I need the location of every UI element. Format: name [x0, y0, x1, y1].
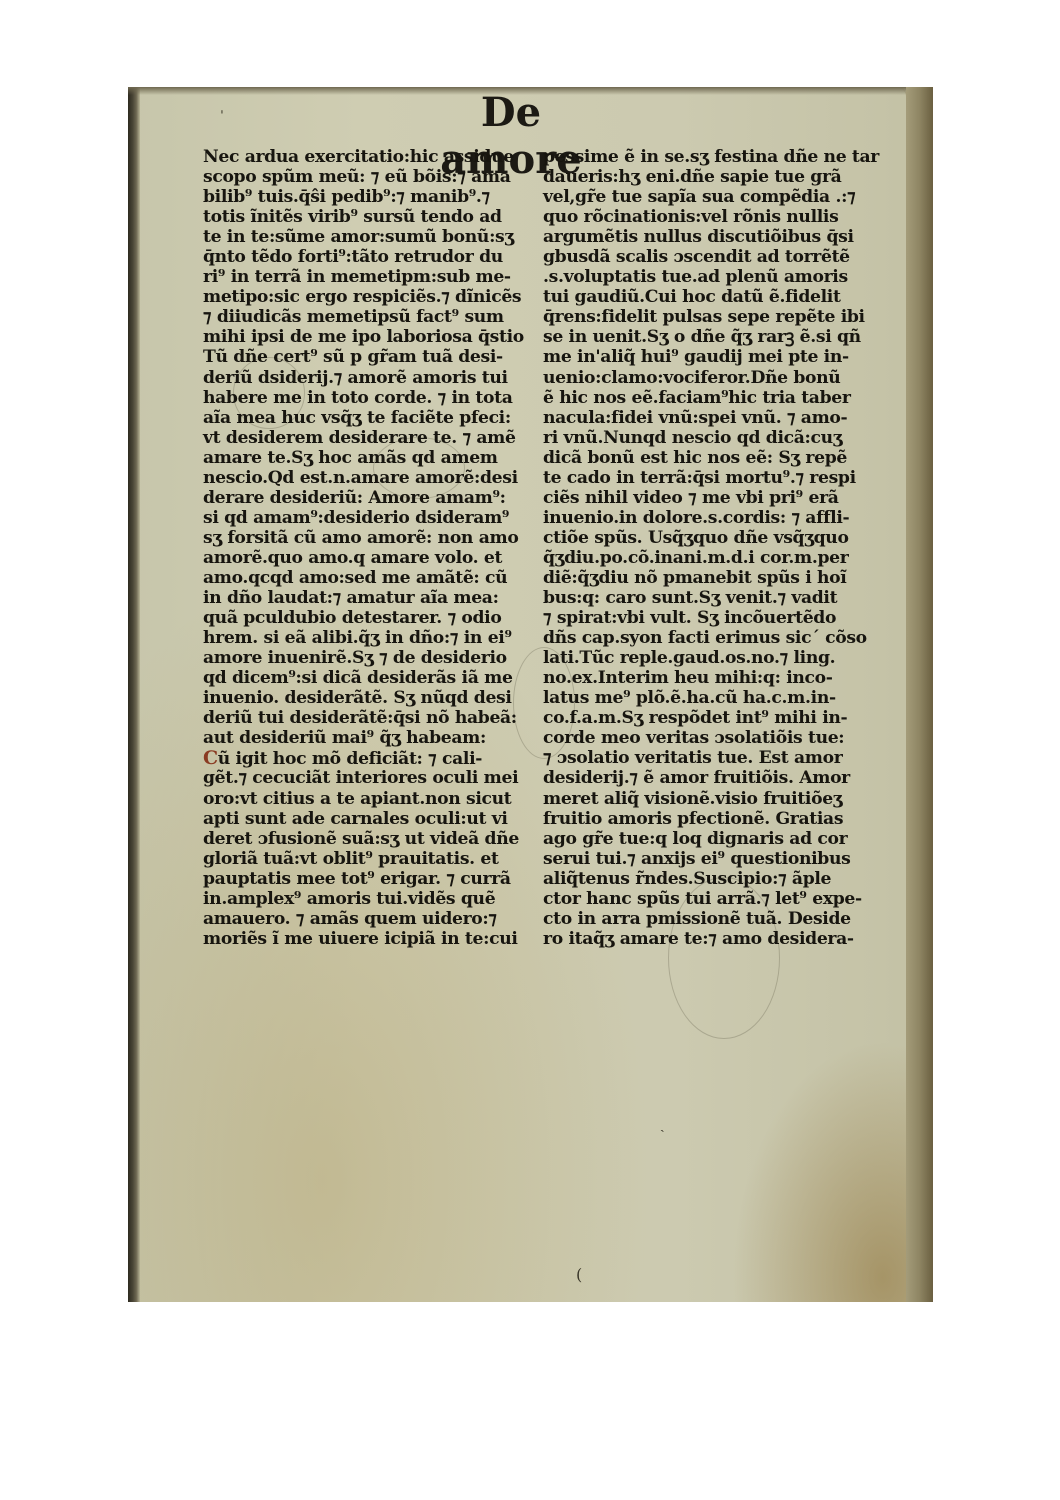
text-line: in.amplex⁹ amoris tui.vidẽs quẽ	[203, 889, 538, 909]
text-line: amauero. ⁊ amãs quem uidero:⁊	[203, 909, 538, 929]
text-line: ẽ hic nos eẽ.faciam⁹hic tria taber	[543, 388, 863, 408]
text-line: hrem. si eã alibi.q̃ʒ in dño:⁊ in ei⁹	[203, 628, 538, 648]
text-line: co.f.a.m.Sʒ respõdet int⁹ mihi in-	[543, 708, 863, 728]
text-line: Nec ardua exercitatio:hic assidue	[203, 147, 538, 167]
text-line: quã pculdubio detestarer. ⁊ odio	[203, 608, 538, 628]
stray-ink-mark: (	[576, 1265, 582, 1284]
text-line: ri vnũ.Nunqd nescio qd dicã:cuʒ	[543, 428, 863, 448]
text-line: metipo:sic ergo respiciẽs.⁊ dĩnicẽs	[203, 287, 538, 307]
text-line: me in'aliq̃ hui⁹ gaudij mei pte in-	[543, 347, 863, 367]
text-line: se in uenit.Sʒ o dñe q̃ʒ rarꝫ ẽ.si qñ	[543, 327, 863, 347]
text-line: nescio.Qd est.n.amare amorẽ:desi	[203, 468, 538, 488]
stray-ink-mark: ˈ	[220, 109, 224, 125]
text-line: cto in arra pmissionẽ tuã. Deside	[543, 909, 863, 929]
text-line: fruitio amoris pfectionẽ. Gratias	[543, 809, 863, 829]
page-scan: De amore ˈ Nec ardua exercitatio:hic ass…	[128, 87, 933, 1302]
binding-edge	[128, 87, 140, 1302]
rubricated-initial: C	[203, 747, 218, 769]
text-line: dñs cap.syon facti erimus sicˊ cõso	[543, 628, 863, 648]
text-line: daueris:hʒ eni.dñe sapie tue grã	[543, 167, 863, 187]
text-line: nacula:fidei vnũ:spei vnũ. ⁊ amo-	[543, 408, 863, 428]
text-line: aliq̃tenus r̃ndes.Suscipio:⁊ ãple	[543, 869, 863, 889]
text-line: pessime ẽ in se.sʒ festina dñe ne tar	[543, 147, 863, 167]
text-line: sʒ forsitã cũ amo amorẽ: non amo	[203, 528, 538, 548]
text-line: derare desideriũ: Amore amam⁹:	[203, 488, 538, 508]
text-line: q̃ʒdiu.po.cõ.inani.m.d.i cor.m.per	[543, 548, 863, 568]
text-line: ctiõe spũs. Usq̃ʒquo dñe vsq̃ʒquo	[543, 528, 863, 548]
text-line: vel,gr̃e tue sapĩa sua compẽdia .:⁊	[543, 187, 863, 207]
stray-ink-mark: ˏ	[660, 1117, 665, 1134]
text-line-rubricated: Cũ igit hoc mõ deficiãt: ⁊ cali-	[203, 748, 538, 768]
text-line: amorẽ.quo amo.q amare volo. et	[203, 548, 538, 568]
text-line: in dño laudat:⁊ amatur aĩa mea:	[203, 588, 538, 608]
text-line: bilib⁹ tuis.q̄ŝi pedib⁹:⁊ manib⁹.⁊	[203, 187, 538, 207]
text-line: ri⁹ in terrã in memetipm:sub me-	[203, 267, 538, 287]
text-line: dicã bonũ est hic nos eẽ: Sʒ repẽ	[543, 448, 863, 468]
text-column-left: Nec ardua exercitatio:hic assidue scopo …	[203, 147, 538, 949]
text-line: argumẽtis nullus discutiõibus q̄si	[543, 227, 863, 247]
text-line: tui gaudiũ.Cui hoc datũ ẽ.fidelit	[543, 287, 863, 307]
text-line: moriẽs ĩ me uiuere icipiã in te:cui	[203, 929, 538, 949]
text-line: oro:vt citius a te apiant.non sicut	[203, 789, 538, 809]
text-line: .s.voluptatis tue.ad plenũ amoris	[543, 267, 863, 287]
text-line: uenio:clamo:vociferor.Dñe bonũ	[543, 368, 863, 388]
text-line: Tũ dñe cert⁹ sũ p gr̃am tuã desi-	[203, 347, 538, 367]
text-line: latus me⁹ plõ.ẽ.ha.cũ ha.c.m.in-	[543, 688, 863, 708]
text-line: inuenio.in dolore.s.cordis: ⁊ affli-	[543, 508, 863, 528]
text-line: gbusdã scalis ɔscendit ad torrẽtẽ	[543, 247, 863, 267]
text-line: q̄nto tẽdo forti⁹:tãto retrudor du	[203, 247, 538, 267]
text-line: serui tui.⁊ anxijs ei⁹ questionibus	[543, 849, 863, 869]
text-line: ctor hanc spũs tui arrã.⁊ let⁹ expe-	[543, 889, 863, 909]
text-line: si qd amam⁹:desiderio dsideram⁹	[203, 508, 538, 528]
text-column-right: pessime ẽ in se.sʒ festina dñe ne tar da…	[543, 147, 863, 949]
text-line: quo rõcinationis:vel rõnis nullis	[543, 207, 863, 227]
text-line: ⁊ ɔsolatio veritatis tue. Est amor	[543, 748, 863, 768]
text-line: ciẽs nihil video ⁊ me vbi pri⁹ erã	[543, 488, 863, 508]
text-line: deriũ tui desiderãtẽ:q̄si nõ habeã:	[203, 708, 538, 728]
text-line: lati.Tũc reple.gaud.os.no.⁊ ling.	[543, 648, 863, 668]
text-line: aut desideriũ mai⁹ q̃ʒ habeam:	[203, 728, 538, 748]
text-line: habere me in toto corde. ⁊ in tota	[203, 388, 538, 408]
text-line: inuenio. desiderãtẽ. Sʒ nũqd desi	[203, 688, 538, 708]
text-line: mihi ipsi de me ipo laboriosa q̄stio	[203, 327, 538, 347]
text-line: no.ex.Interim heu mihi:q: inco-	[543, 668, 863, 688]
text-line: q̄rens:fidelit pulsas sepe repẽte ibi	[543, 307, 863, 327]
text-line: aĩa mea huc vsq̃ʒ te faciẽte pfeci:	[203, 408, 538, 428]
text-line: amore inuenirẽ.Sʒ ⁊ de desiderio	[203, 648, 538, 668]
text-line: deriũ dsiderij.⁊ amorẽ amoris tui	[203, 368, 538, 388]
text-line: corde meo veritas ɔsolatiõis tue:	[543, 728, 863, 748]
text-line: meret aliq̃ visionẽ.visio fruitiõeʒ	[543, 789, 863, 809]
text-line: ⁊ spirat:vbi vult. Sʒ incõuertẽdo	[543, 608, 863, 628]
text-line: vt desiderem desiderare te. ⁊ amẽ	[203, 428, 538, 448]
text-line: deret ɔfusionẽ suã:sʒ ut videã dñe	[203, 829, 538, 849]
text-line: gloriã tuã:vt oblit⁹ prauitatis. et	[203, 849, 538, 869]
text-line: amo.qcqd amo:sed me amãtẽ: cũ	[203, 568, 538, 588]
text-line: apti sunt ade carnales oculi:ut vi	[203, 809, 538, 829]
text-line: gẽt.⁊ cecuciãt interiores oculi mei	[203, 768, 538, 788]
text-line: ⁊ diiudicãs memetipsũ fact⁹ sum	[203, 307, 538, 327]
text-line: amare te.Sʒ hoc amãs qd amem	[203, 448, 538, 468]
text-line: scopo spũm meũ: ⁊ eũ bõis:⁊ ama	[203, 167, 538, 187]
text-line: te in te:sũme amor:sumũ bonũ:sʒ	[203, 227, 538, 247]
text-line: diẽ:q̃ʒdiu nõ pmanebit spũs i hoĩ	[543, 568, 863, 588]
text-line: te cado in terrã:q̄si mortu⁹.⁊ respi	[543, 468, 863, 488]
text-line: totis ĩnitẽs virib⁹ sursũ tendo ad	[203, 207, 538, 227]
text-line: pauptatis mee tot⁹ erigar. ⁊ currã	[203, 869, 538, 889]
text-line: ago gr̃e tue:q loq dignaris ad cor	[543, 829, 863, 849]
adjacent-page-edge	[906, 87, 933, 1302]
text-line-rest: ũ igit hoc mõ deficiãt: ⁊ cali-	[218, 749, 482, 769]
text-line: qd dicem⁹:si dicã desiderãs iã me	[203, 668, 538, 688]
text-line: desiderij.⁊ ẽ amor fruitiõis. Amor	[543, 768, 863, 788]
text-line: bus:q: caro sunt.Sʒ venit.⁊ vadit	[543, 588, 863, 608]
text-line: ro itaq̃ʒ amare te:⁊ amo desidera-	[543, 929, 863, 949]
parchment-page: De amore ˈ Nec ardua exercitatio:hic ass…	[128, 87, 907, 1302]
